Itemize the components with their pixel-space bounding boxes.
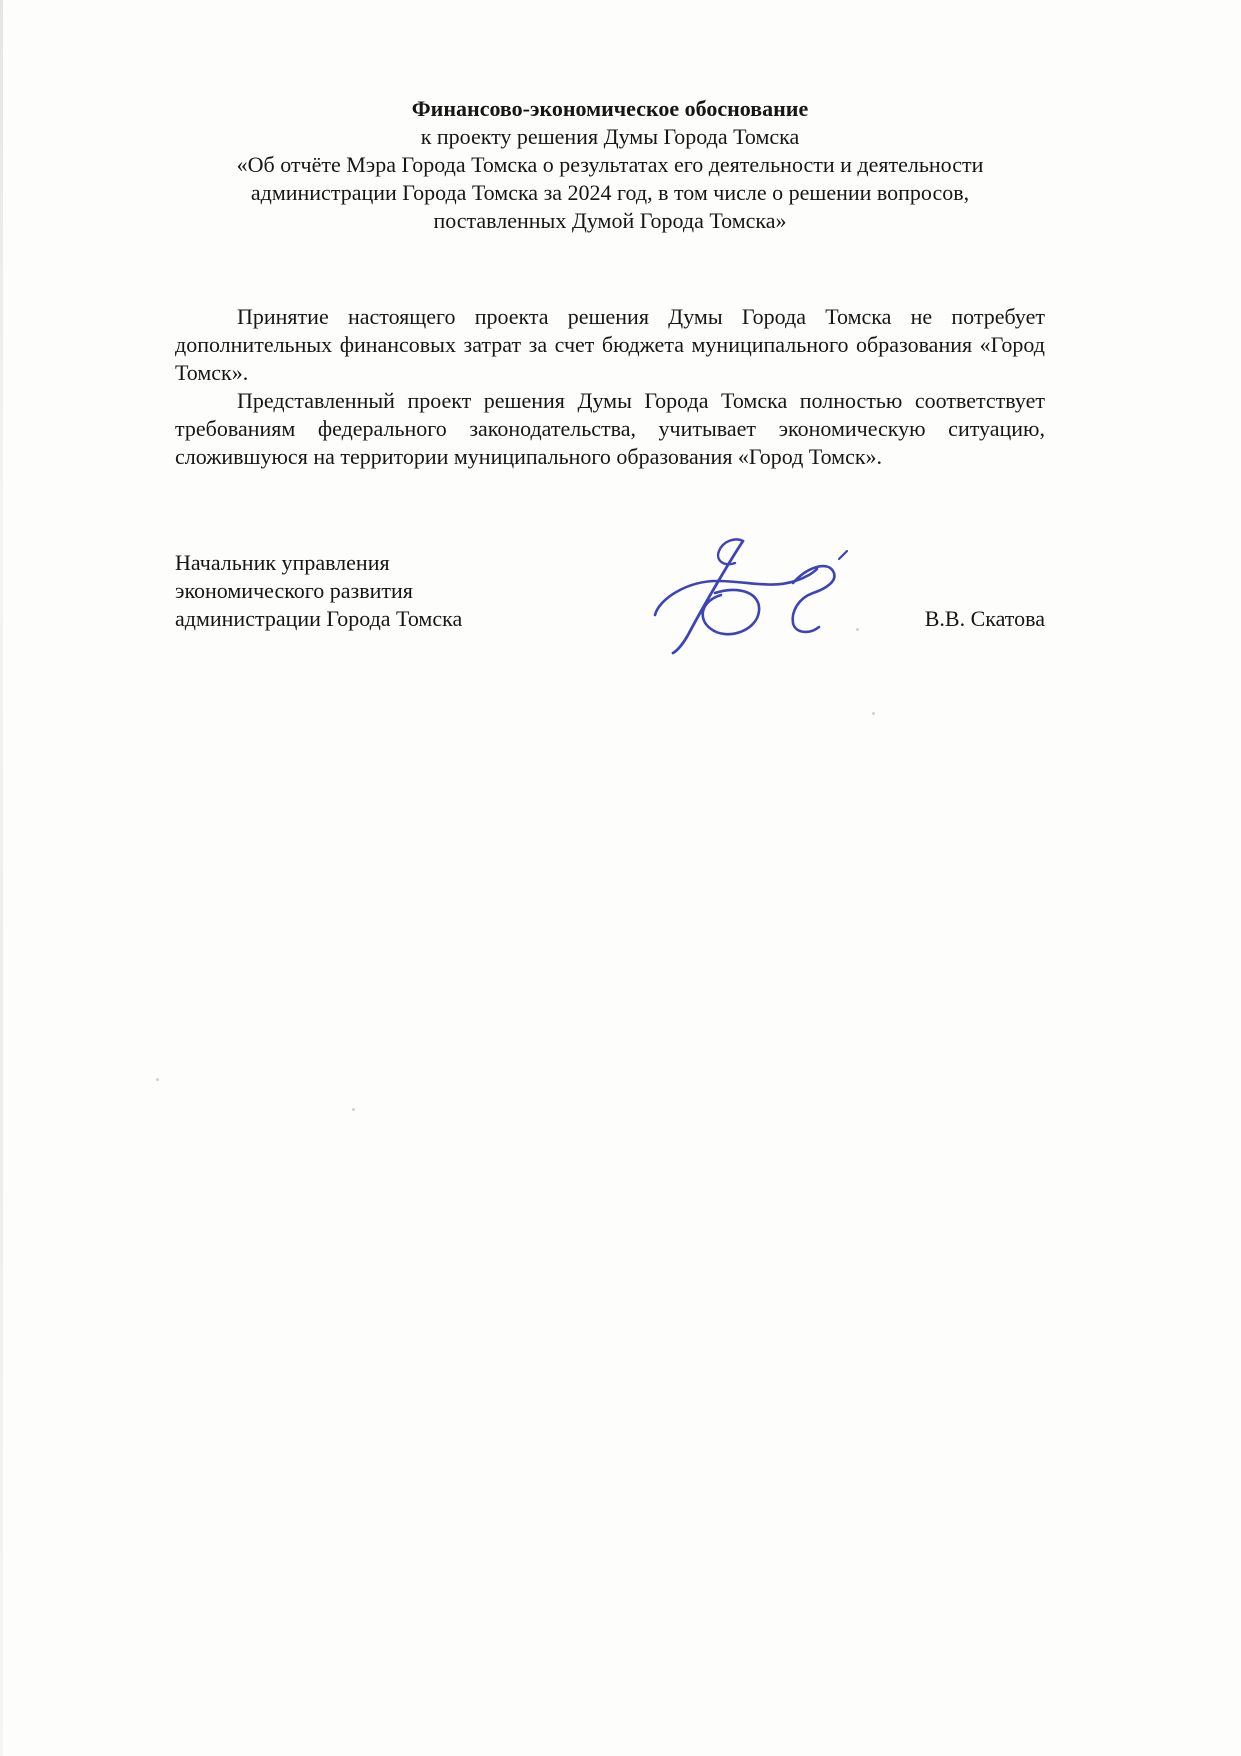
handwritten-signature-icon	[643, 531, 859, 663]
signature-block: Начальник управления экономического разв…	[175, 549, 1045, 669]
signatory-position-line: экономического развития	[175, 577, 462, 605]
document-subtitle-line: поставленных Думой Города Томска»	[175, 207, 1045, 235]
scan-speck	[156, 1078, 159, 1081]
scan-speck	[872, 712, 875, 715]
body-text: Принятие настоящего проекта решения Думы…	[175, 303, 1045, 471]
scan-speck	[856, 628, 859, 631]
paragraph: Принятие настоящего проекта решения Думы…	[175, 303, 1045, 387]
paragraph: Представленный проект решения Думы Город…	[175, 387, 1045, 471]
signatory-position-line: Начальник управления	[175, 549, 462, 577]
signatory-name: В.В. Скатова	[925, 605, 1045, 633]
document-subtitle-line: администрации Города Томска за 2024 год,…	[175, 179, 1045, 207]
document-subtitle-line: к проекту решения Думы Города Томска	[175, 123, 1045, 151]
signatory-position-line: администрации Города Томска	[175, 605, 462, 633]
document-subtitle-line: «Об отчёте Мэра Города Томска о результа…	[175, 151, 1045, 179]
document-title: Финансово-экономическое обоснование	[175, 95, 1045, 123]
document-content: Финансово-экономическое обоснование к пр…	[0, 0, 1241, 669]
scanned-document-page: Финансово-экономическое обоснование к пр…	[0, 0, 1241, 1756]
title-block: Финансово-экономическое обоснование к пр…	[175, 95, 1045, 235]
scan-speck	[352, 1108, 355, 1111]
signatory-position: Начальник управления экономического разв…	[175, 549, 462, 633]
